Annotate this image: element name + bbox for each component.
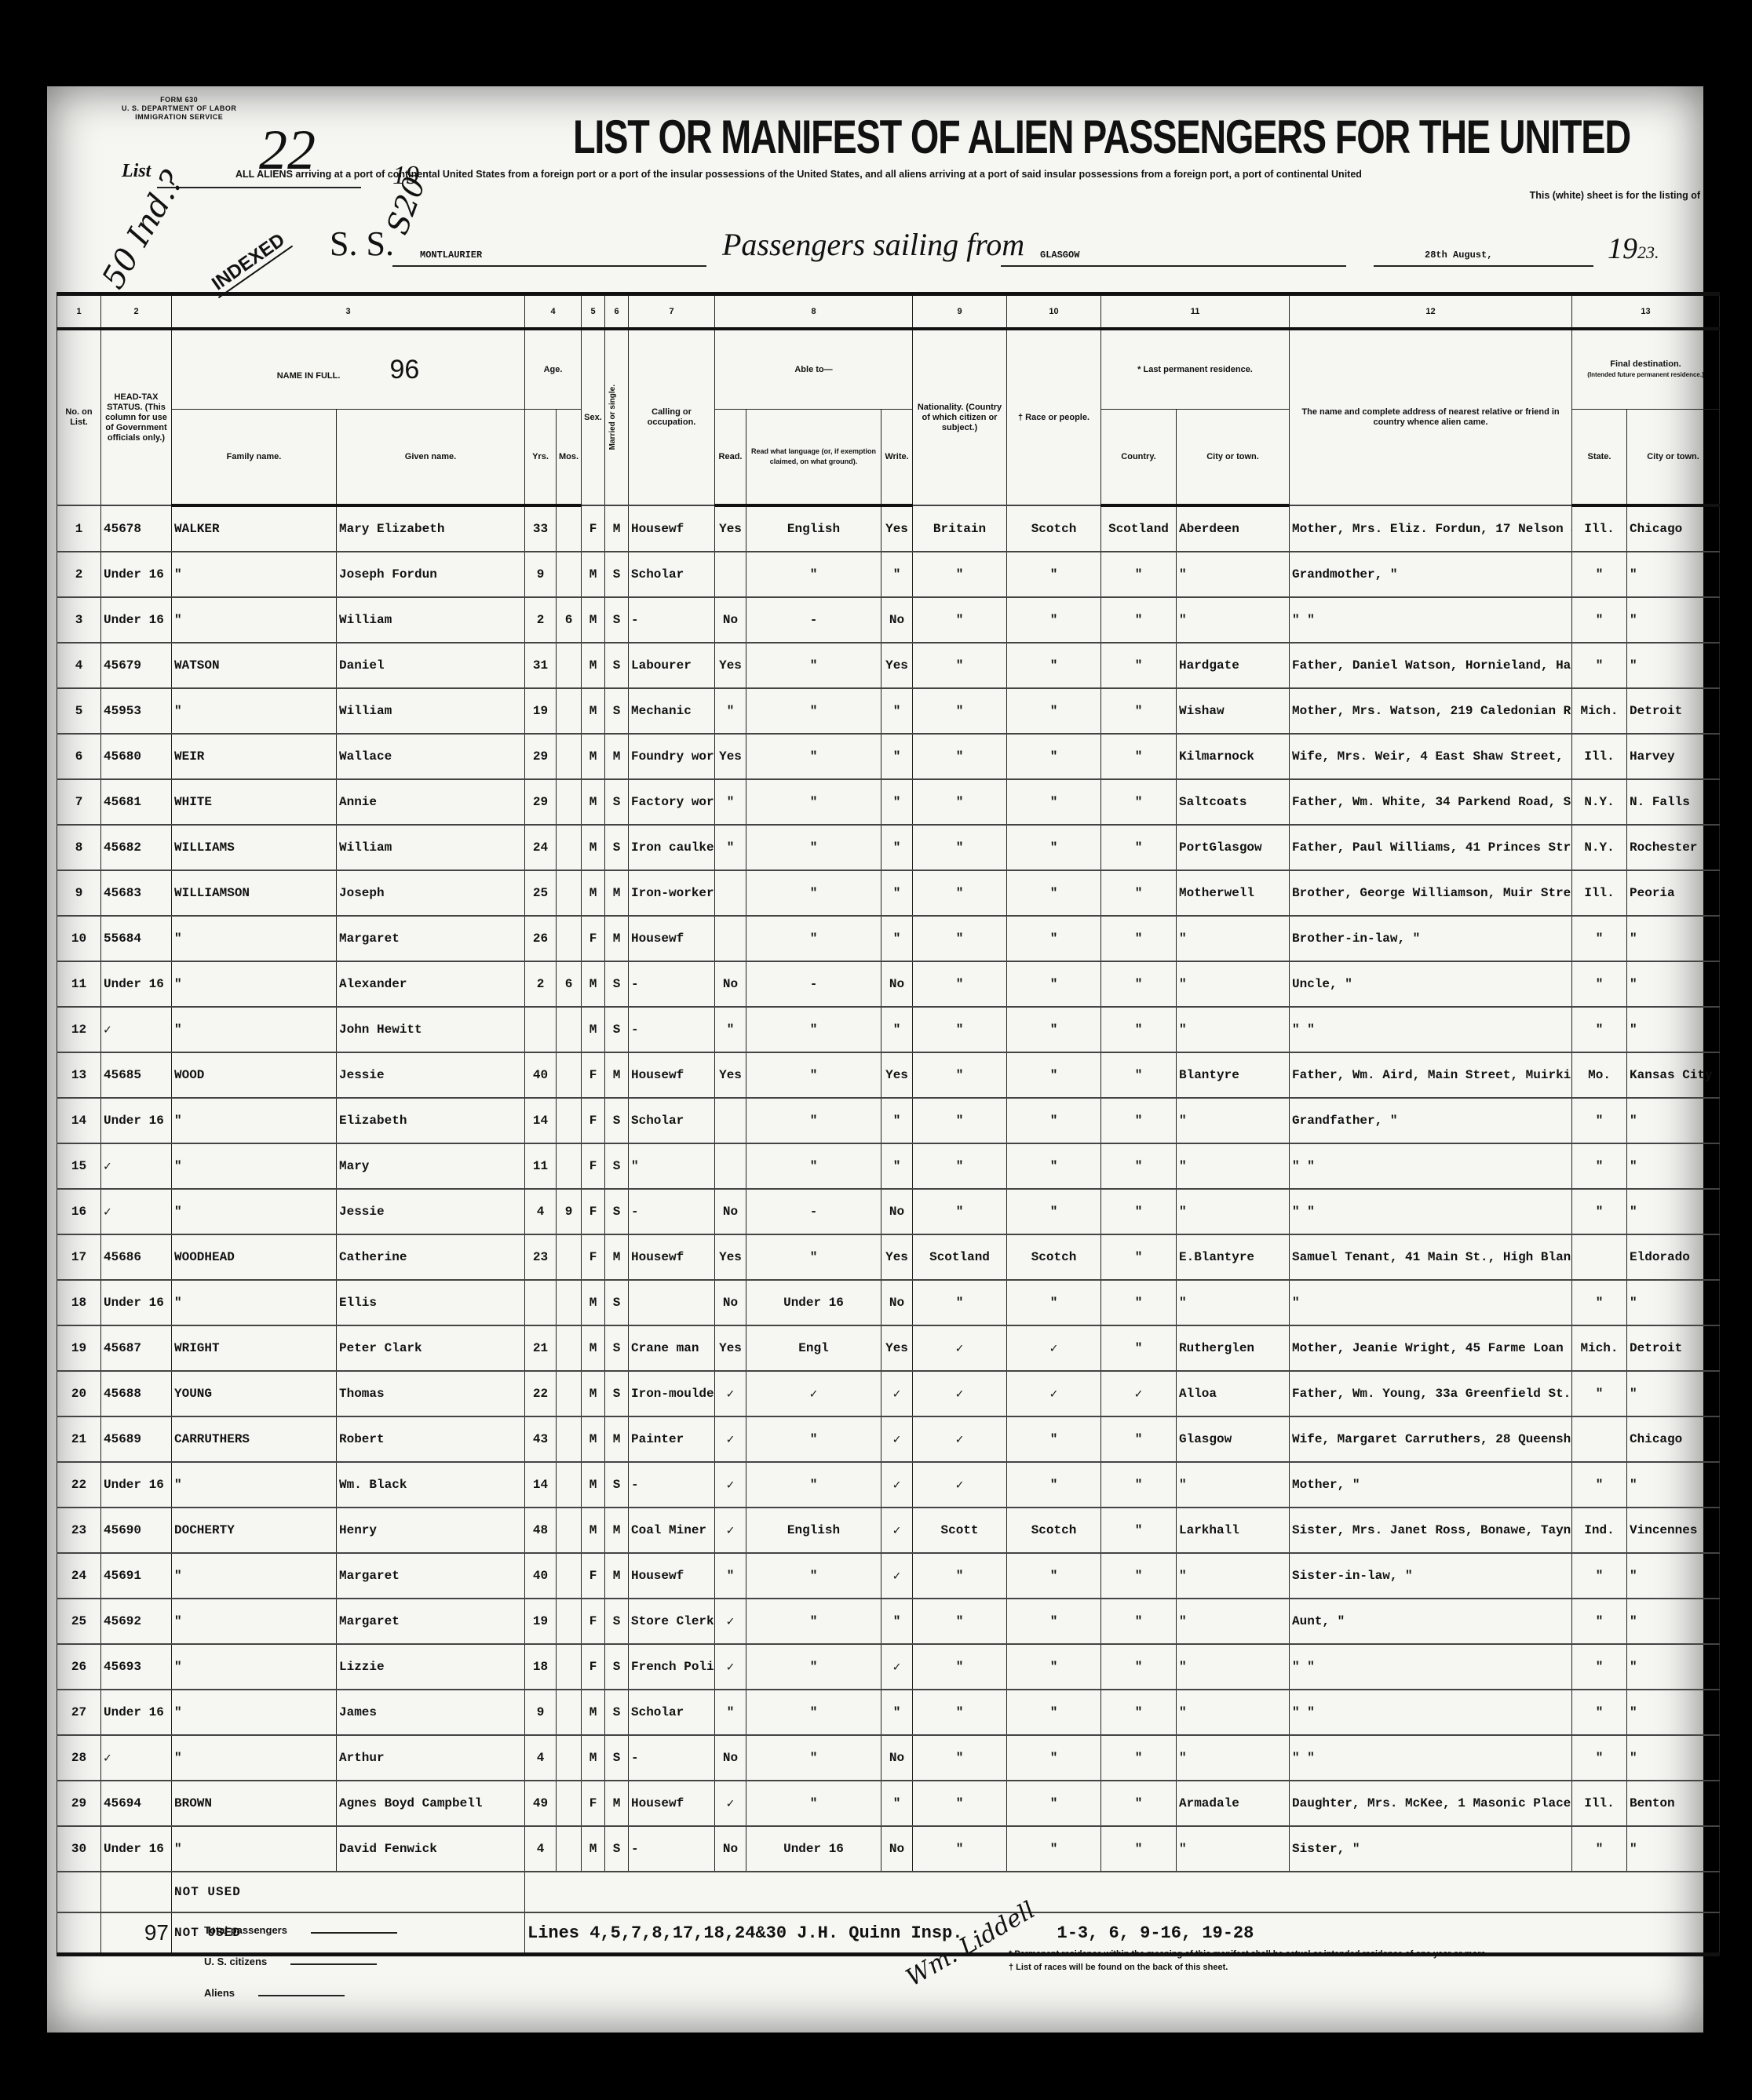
cell-city: " xyxy=(1177,1189,1290,1234)
cell-race: " xyxy=(1007,1781,1101,1826)
cell-relative: " " xyxy=(1290,1690,1572,1735)
cell-sex: F xyxy=(582,1189,605,1234)
cell-country: " xyxy=(1101,1826,1177,1872)
cell-state: Ind. xyxy=(1572,1508,1627,1553)
cell-read: ✓ xyxy=(715,1644,746,1690)
cell-lang: " xyxy=(746,1735,881,1781)
cell-ms: S xyxy=(605,1826,629,1872)
cell-yrs: 48 xyxy=(525,1508,557,1553)
cell-country: " xyxy=(1101,1599,1177,1644)
table-row: 2645693"Lizzie18FSFrench Polisher✓"✓""""… xyxy=(57,1644,1720,1690)
cell-state: Ill. xyxy=(1572,870,1627,916)
cell-no: 27 xyxy=(57,1690,101,1735)
cell-family: " xyxy=(172,916,337,961)
cell-occ: Painter xyxy=(629,1416,715,1462)
cell-ms: S xyxy=(605,552,629,597)
cell-family: " xyxy=(172,688,337,734)
manifest-table: 1 2 3 4 5 6 7 8 9 10 11 12 13 No. on Lis… xyxy=(57,292,1720,1956)
cell-nat: " xyxy=(913,961,1007,1007)
cell-yrs: 2 xyxy=(525,961,557,1007)
indexed-stamp: INDEXED xyxy=(206,228,293,298)
cell-family: WRIGHT xyxy=(172,1325,337,1371)
cell-yrs: 40 xyxy=(525,1052,557,1098)
cell-no: 29 xyxy=(57,1781,101,1826)
cell-no: 2 xyxy=(57,552,101,597)
cell-occ: Housewf xyxy=(629,1553,715,1599)
cell-mos xyxy=(557,1325,582,1371)
cell-race: " xyxy=(1007,1052,1101,1098)
cell-relative: Mother, " xyxy=(1290,1462,1572,1508)
cell-tax: 55684 xyxy=(101,916,172,961)
cell-family: " xyxy=(172,961,337,1007)
cell-state: " xyxy=(1572,1280,1627,1325)
cell-state: " xyxy=(1572,1143,1627,1189)
cell-state: Ill. xyxy=(1572,505,1627,552)
cell-read: No xyxy=(715,961,746,1007)
cell-family: " xyxy=(172,552,337,597)
cell-sex: M xyxy=(582,1826,605,1872)
cell-yrs: 2 xyxy=(525,597,557,643)
cell-nat: ✓ xyxy=(913,1325,1007,1371)
cell-yrs: 31 xyxy=(525,643,557,688)
cell-given: Wm. Black xyxy=(337,1462,525,1508)
subtitle-sheet-note: This (white) sheet is for the listing of xyxy=(1530,190,1700,201)
cell-occ: Housewf xyxy=(629,505,715,552)
cell-lang: " xyxy=(746,1007,881,1052)
cell-ms: S xyxy=(605,1690,629,1735)
table-row: 11Under 16"Alexander26MS-No-No""""Uncle,… xyxy=(57,961,1720,1007)
cell-mos xyxy=(557,1007,582,1052)
cell-no: 15 xyxy=(57,1143,101,1189)
cell-yrs: 19 xyxy=(525,1599,557,1644)
cell-given: John Hewitt xyxy=(337,1007,525,1052)
cell-occ: Store Clerk xyxy=(629,1599,715,1644)
name-count: 96 xyxy=(389,355,419,385)
col-able-to: Able to— xyxy=(715,329,913,410)
cell-occ: - xyxy=(629,1189,715,1234)
col-race: † Race or people. xyxy=(1007,329,1101,505)
cell-city: " xyxy=(1177,1280,1290,1325)
cell-tax: 45678 xyxy=(101,505,172,552)
passenger-rows: 145678WALKERMary Elizabeth33FMHousewfYes… xyxy=(57,505,1720,1872)
cell-country: " xyxy=(1101,1644,1177,1690)
cell-relative: Uncle, " xyxy=(1290,961,1572,1007)
cell-race: " xyxy=(1007,1599,1101,1644)
cell-read: No xyxy=(715,1735,746,1781)
cell-tax: 45687 xyxy=(101,1325,172,1371)
cell-family: WEIR xyxy=(172,734,337,779)
cell-city: Hardgate xyxy=(1177,643,1290,688)
cell-family: WATSON xyxy=(172,643,337,688)
cell-mos xyxy=(557,1508,582,1553)
cell-nat: " xyxy=(913,870,1007,916)
cell-dest: " xyxy=(1627,916,1720,961)
cell-city: Blantyre xyxy=(1177,1052,1290,1098)
cell-yrs: 29 xyxy=(525,779,557,825)
cell-nat: " xyxy=(913,1599,1007,1644)
cell-ms: M xyxy=(605,1508,629,1553)
cell-sex: M xyxy=(582,1371,605,1416)
cell-lang: - xyxy=(746,597,881,643)
table-row: 14Under 16"Elizabeth14FSScholar""""""Gra… xyxy=(57,1098,1720,1143)
cell-race: " xyxy=(1007,1735,1101,1781)
cell-state: " xyxy=(1572,1371,1627,1416)
cell-write: " xyxy=(881,734,913,779)
cell-ms: M xyxy=(605,1052,629,1098)
cell-race: " xyxy=(1007,643,1101,688)
cell-read: " xyxy=(715,688,746,734)
cell-write: " xyxy=(881,1690,913,1735)
cell-sex: F xyxy=(582,1553,605,1599)
col-read-language: Read what language (or, if exemption cla… xyxy=(746,410,881,506)
cell-lang: " xyxy=(746,1781,881,1826)
cell-no: 3 xyxy=(57,597,101,643)
cell-country: " xyxy=(1101,688,1177,734)
cell-city: " xyxy=(1177,1735,1290,1781)
cell-state: " xyxy=(1572,1690,1627,1735)
col-married: Married or single. xyxy=(605,329,629,505)
cell-nat: Scotland xyxy=(913,1234,1007,1280)
cell-yrs: 33 xyxy=(525,505,557,552)
cell-write: No xyxy=(881,961,913,1007)
cell-race: " xyxy=(1007,1826,1101,1872)
cell-family: WILLIAMSON xyxy=(172,870,337,916)
cell-lang: Under 16 xyxy=(746,1280,881,1325)
cell-given: Henry xyxy=(337,1508,525,1553)
cell-read: ✓ xyxy=(715,1416,746,1462)
cell-yrs: 22 xyxy=(525,1371,557,1416)
cell-lang: " xyxy=(746,1416,881,1462)
cell-lang: English xyxy=(746,505,881,552)
cell-nat: ✓ xyxy=(913,1371,1007,1416)
cell-write: ✓ xyxy=(881,1644,913,1690)
cell-city: Aberdeen xyxy=(1177,505,1290,552)
cell-ms: S xyxy=(605,1735,629,1781)
cell-ms: S xyxy=(605,1462,629,1508)
cell-dest: " xyxy=(1627,1644,1720,1690)
date-underline xyxy=(1374,265,1593,267)
sailing-date: 28th August, xyxy=(1425,250,1492,261)
cell-nat: " xyxy=(913,1280,1007,1325)
cell-country: " xyxy=(1101,870,1177,916)
cell-nat: Scott xyxy=(913,1508,1007,1553)
cell-mos xyxy=(557,779,582,825)
cell-mos xyxy=(557,1599,582,1644)
cell-no: 11 xyxy=(57,961,101,1007)
cell-city: " xyxy=(1177,1826,1290,1872)
cell-read: Yes xyxy=(715,1052,746,1098)
cell-relative: " " xyxy=(1290,1735,1572,1781)
cell-lang: " xyxy=(746,870,881,916)
table-row: 18Under 16"EllisMSNoUnder 16No""""""" xyxy=(57,1280,1720,1325)
cell-no: 1 xyxy=(57,505,101,552)
cell-city: " xyxy=(1177,1098,1290,1143)
cell-mos xyxy=(557,1735,582,1781)
cell-given: Catherine xyxy=(337,1234,525,1280)
cell-occ: Labourer xyxy=(629,643,715,688)
cell-ms: M xyxy=(605,1553,629,1599)
cell-given: Margaret xyxy=(337,916,525,961)
cell-read: " xyxy=(715,779,746,825)
cell-state xyxy=(1572,1416,1627,1462)
header-row-1: No. on List. HEAD-TAX STATUS. (This colu… xyxy=(57,329,1720,410)
table-row: 2945694BROWNAgnes Boyd Campbell49FMHouse… xyxy=(57,1781,1720,1826)
cell-country: " xyxy=(1101,1781,1177,1826)
cell-tax: Under 16 xyxy=(101,1690,172,1735)
cell-ms: M xyxy=(605,870,629,916)
cell-relative: Father, Wm. Aird, Main Street, Muirkirk. xyxy=(1290,1052,1572,1098)
cell-city: " xyxy=(1177,1690,1290,1735)
cell-mos xyxy=(557,1690,582,1735)
cell-mos xyxy=(557,734,582,779)
cell-write: Yes xyxy=(881,1052,913,1098)
cell-ms: S xyxy=(605,1143,629,1189)
cell-family: " xyxy=(172,1735,337,1781)
cell-tax: 45691 xyxy=(101,1553,172,1599)
cell-read: ✓ xyxy=(715,1508,746,1553)
cell-sex: F xyxy=(582,1599,605,1644)
cell-relative: Father, Daniel Watson, Hornieland, Hardg… xyxy=(1290,643,1572,688)
cell-relative: Mother, Mrs. Eliz. Fordun, 17 Nelson Str… xyxy=(1290,505,1572,552)
cell-yrs: 19 xyxy=(525,688,557,734)
cell-yrs: 18 xyxy=(525,1644,557,1690)
cell-yrs: 26 xyxy=(525,916,557,961)
cell-read: No xyxy=(715,1189,746,1234)
cell-tax: Under 16 xyxy=(101,1280,172,1325)
cell-city: E.Blantyre xyxy=(1177,1234,1290,1280)
cell-no: 16 xyxy=(57,1189,101,1234)
cell-nat: " xyxy=(913,1644,1007,1690)
cell-given: Alexander xyxy=(337,961,525,1007)
cell-read xyxy=(715,1098,746,1143)
cell-state: " xyxy=(1572,1462,1627,1508)
cell-race: " xyxy=(1007,1007,1101,1052)
cell-mos xyxy=(557,1644,582,1690)
cell-nat: " xyxy=(913,1143,1007,1189)
cell-relative: Wife, Margaret Carruthers, 28 Queenshill… xyxy=(1290,1416,1572,1462)
cell-sex: M xyxy=(582,825,605,870)
cell-mos xyxy=(557,1553,582,1599)
cell-ms: S xyxy=(605,779,629,825)
cell-relative: Mother, Mrs. Watson, 219 Caledonian Road… xyxy=(1290,688,1572,734)
cell-nat: " xyxy=(913,1553,1007,1599)
cell-write: " xyxy=(881,1781,913,1826)
cell-city: Rutherglen xyxy=(1177,1325,1290,1371)
cell-family: " xyxy=(172,1189,337,1234)
cell-tax: 45692 xyxy=(101,1599,172,1644)
cell-write: ✓ xyxy=(881,1462,913,1508)
cell-family: " xyxy=(172,1826,337,1872)
cell-race: " xyxy=(1007,1416,1101,1462)
cell-lang: " xyxy=(746,779,881,825)
cell-write: " xyxy=(881,870,913,916)
cell-sex: M xyxy=(582,643,605,688)
cell-state: " xyxy=(1572,961,1627,1007)
cell-lang: " xyxy=(746,1690,881,1735)
cell-lang: " xyxy=(746,734,881,779)
cell-lang: " xyxy=(746,1234,881,1280)
cell-relative: " xyxy=(1290,1280,1572,1325)
sailing-year: 1923. xyxy=(1608,232,1659,266)
cell-tax: ✓ xyxy=(101,1189,172,1234)
cell-mos xyxy=(557,688,582,734)
cell-mos xyxy=(557,1280,582,1325)
cell-given: Thomas xyxy=(337,1371,525,1416)
cell-dest: " xyxy=(1627,1098,1720,1143)
cell-write: " xyxy=(881,916,913,961)
cell-write: No xyxy=(881,597,913,643)
cell-tax: Under 16 xyxy=(101,597,172,643)
cell-dest: " xyxy=(1627,1143,1720,1189)
cell-city: " xyxy=(1177,1553,1290,1599)
cell-city: " xyxy=(1177,1462,1290,1508)
cell-read: No xyxy=(715,597,746,643)
cell-lang: " xyxy=(746,1143,881,1189)
cell-ms: S xyxy=(605,825,629,870)
cell-read xyxy=(715,870,746,916)
cell-yrs: 14 xyxy=(525,1098,557,1143)
cell-read: " xyxy=(715,1007,746,1052)
col-state: State. xyxy=(1572,410,1627,506)
cell-mos xyxy=(557,505,582,552)
cell-dest: Vincennes xyxy=(1627,1508,1720,1553)
cell-tax: Under 16 xyxy=(101,1826,172,1872)
cell-race: " xyxy=(1007,1644,1101,1690)
table-row: 645680WEIRWallace29MMFoundry workerYes""… xyxy=(57,734,1720,779)
cell-dest: " xyxy=(1627,1553,1720,1599)
col-yrs: Yrs. xyxy=(525,410,557,506)
cell-sex: M xyxy=(582,597,605,643)
cell-nat: " xyxy=(913,734,1007,779)
cell-sex: F xyxy=(582,1781,605,1826)
cell-family: " xyxy=(172,1098,337,1143)
list-label: List xyxy=(122,161,151,182)
cell-country: " xyxy=(1101,961,1177,1007)
cell-sex: M xyxy=(582,870,605,916)
cell-no: 5 xyxy=(57,688,101,734)
cell-given: Margaret xyxy=(337,1553,525,1599)
col-nationality: Nationality. (Country of which citizen o… xyxy=(913,329,1007,505)
cell-read: ✓ xyxy=(715,1462,746,1508)
cell-country: " xyxy=(1101,1508,1177,1553)
cell-lang: ✓ xyxy=(746,1371,881,1416)
cell-ms: S xyxy=(605,1371,629,1416)
cell-no: 4 xyxy=(57,643,101,688)
col-head-tax: HEAD-TAX STATUS. (This column for use of… xyxy=(101,329,172,505)
cell-no: 12 xyxy=(57,1007,101,1052)
cell-lang: - xyxy=(746,1189,881,1234)
cell-mos: 6 xyxy=(557,597,582,643)
cell-state: " xyxy=(1572,1007,1627,1052)
cell-family: BROWN xyxy=(172,1781,337,1826)
totals-block: Total passengers U. S. citizens Aliens xyxy=(204,1915,397,2009)
cell-dest: " xyxy=(1627,1189,1720,1234)
cell-given: David Fenwick xyxy=(337,1826,525,1872)
cell-ms: S xyxy=(605,688,629,734)
cell-write: " xyxy=(881,1007,913,1052)
cell-given: Robert xyxy=(337,1416,525,1462)
cell-occ: Scholar xyxy=(629,1098,715,1143)
cell-relative: Father, Paul Williams, 41 Princes Street… xyxy=(1290,825,1572,870)
cell-nat: ✓ xyxy=(913,1462,1007,1508)
cell-write: Yes xyxy=(881,1325,913,1371)
cell-tax: 45690 xyxy=(101,1508,172,1553)
col-dest-city: City or town. xyxy=(1627,410,1720,506)
cell-relative: " " xyxy=(1290,1143,1572,1189)
cell-relative: Wife, Mrs. Weir, 4 East Shaw Street, Kil… xyxy=(1290,734,1572,779)
cell-nat: " xyxy=(913,1007,1007,1052)
col-mos: Mos. xyxy=(557,410,582,506)
cell-family: " xyxy=(172,597,337,643)
cell-given: Jessie xyxy=(337,1189,525,1234)
cell-sex: M xyxy=(582,1735,605,1781)
cell-sex: M xyxy=(582,961,605,1007)
cell-family: DOCHERTY xyxy=(172,1508,337,1553)
cell-occ: Coal Miner xyxy=(629,1508,715,1553)
cell-yrs: 43 xyxy=(525,1416,557,1462)
cell-city: Armadale xyxy=(1177,1781,1290,1826)
cell-city: Wishaw xyxy=(1177,688,1290,734)
cell-no: 26 xyxy=(57,1644,101,1690)
cell-read: Yes xyxy=(715,1234,746,1280)
handwritten-note-top: 50 Ind.? xyxy=(95,165,191,295)
cell-relative: Sister-in-law, " xyxy=(1290,1553,1572,1599)
cell-tax: ✓ xyxy=(101,1735,172,1781)
table-row: 12✓"John HewittMS-"""""""" """ xyxy=(57,1007,1720,1052)
cell-sex: M xyxy=(582,1007,605,1052)
cell-country: " xyxy=(1101,1325,1177,1371)
cell-read: ✓ xyxy=(715,1781,746,1826)
cell-race: " xyxy=(1007,1553,1101,1599)
cell-yrs: 9 xyxy=(525,1690,557,1735)
cell-given: Joseph xyxy=(337,870,525,916)
cell-country: " xyxy=(1101,1007,1177,1052)
col-city-town: City or town. xyxy=(1177,410,1290,506)
cell-yrs: 21 xyxy=(525,1325,557,1371)
cell-yrs: 25 xyxy=(525,870,557,916)
cell-country: " xyxy=(1101,916,1177,961)
col-read: Read. xyxy=(715,410,746,506)
cell-no: 23 xyxy=(57,1508,101,1553)
cell-read: " xyxy=(715,1690,746,1735)
cell-dest: Peoria xyxy=(1627,870,1720,916)
cell-tax: Under 16 xyxy=(101,961,172,1007)
cell-ms: S xyxy=(605,1098,629,1143)
cell-read xyxy=(715,1143,746,1189)
manifest-sheet: FORM 630 U. S. DEPARTMENT OF LABOR IMMIG… xyxy=(47,86,1703,2033)
cell-race: " xyxy=(1007,552,1101,597)
cell-tax: Under 16 xyxy=(101,1098,172,1143)
cell-write: Yes xyxy=(881,1234,913,1280)
cell-dest: Chicago xyxy=(1627,1416,1720,1462)
table-row: 2345690DOCHERTYHenry48MMCoal Miner✓Engli… xyxy=(57,1508,1720,1553)
cell-state: " xyxy=(1572,1189,1627,1234)
cell-dest: Kansas City xyxy=(1627,1052,1720,1098)
cell-race: Scotch xyxy=(1007,1234,1101,1280)
cell-state: " xyxy=(1572,597,1627,643)
cell-given: Joseph Fordun xyxy=(337,552,525,597)
cell-dest: " xyxy=(1627,1599,1720,1644)
table-row: 16✓"Jessie49FS-No-No""""" """ xyxy=(57,1189,1720,1234)
cell-write: ✓ xyxy=(881,1416,913,1462)
cell-race: Scotch xyxy=(1007,505,1101,552)
table-row: 1345685WOODJessie40FMHousewfYes"Yes"""Bl… xyxy=(57,1052,1720,1098)
cell-relative: Sister, " xyxy=(1290,1826,1572,1872)
cell-yrs: 4 xyxy=(525,1826,557,1872)
cell-state: " xyxy=(1572,552,1627,597)
cell-race: " xyxy=(1007,1143,1101,1189)
cell-state xyxy=(1572,1234,1627,1280)
